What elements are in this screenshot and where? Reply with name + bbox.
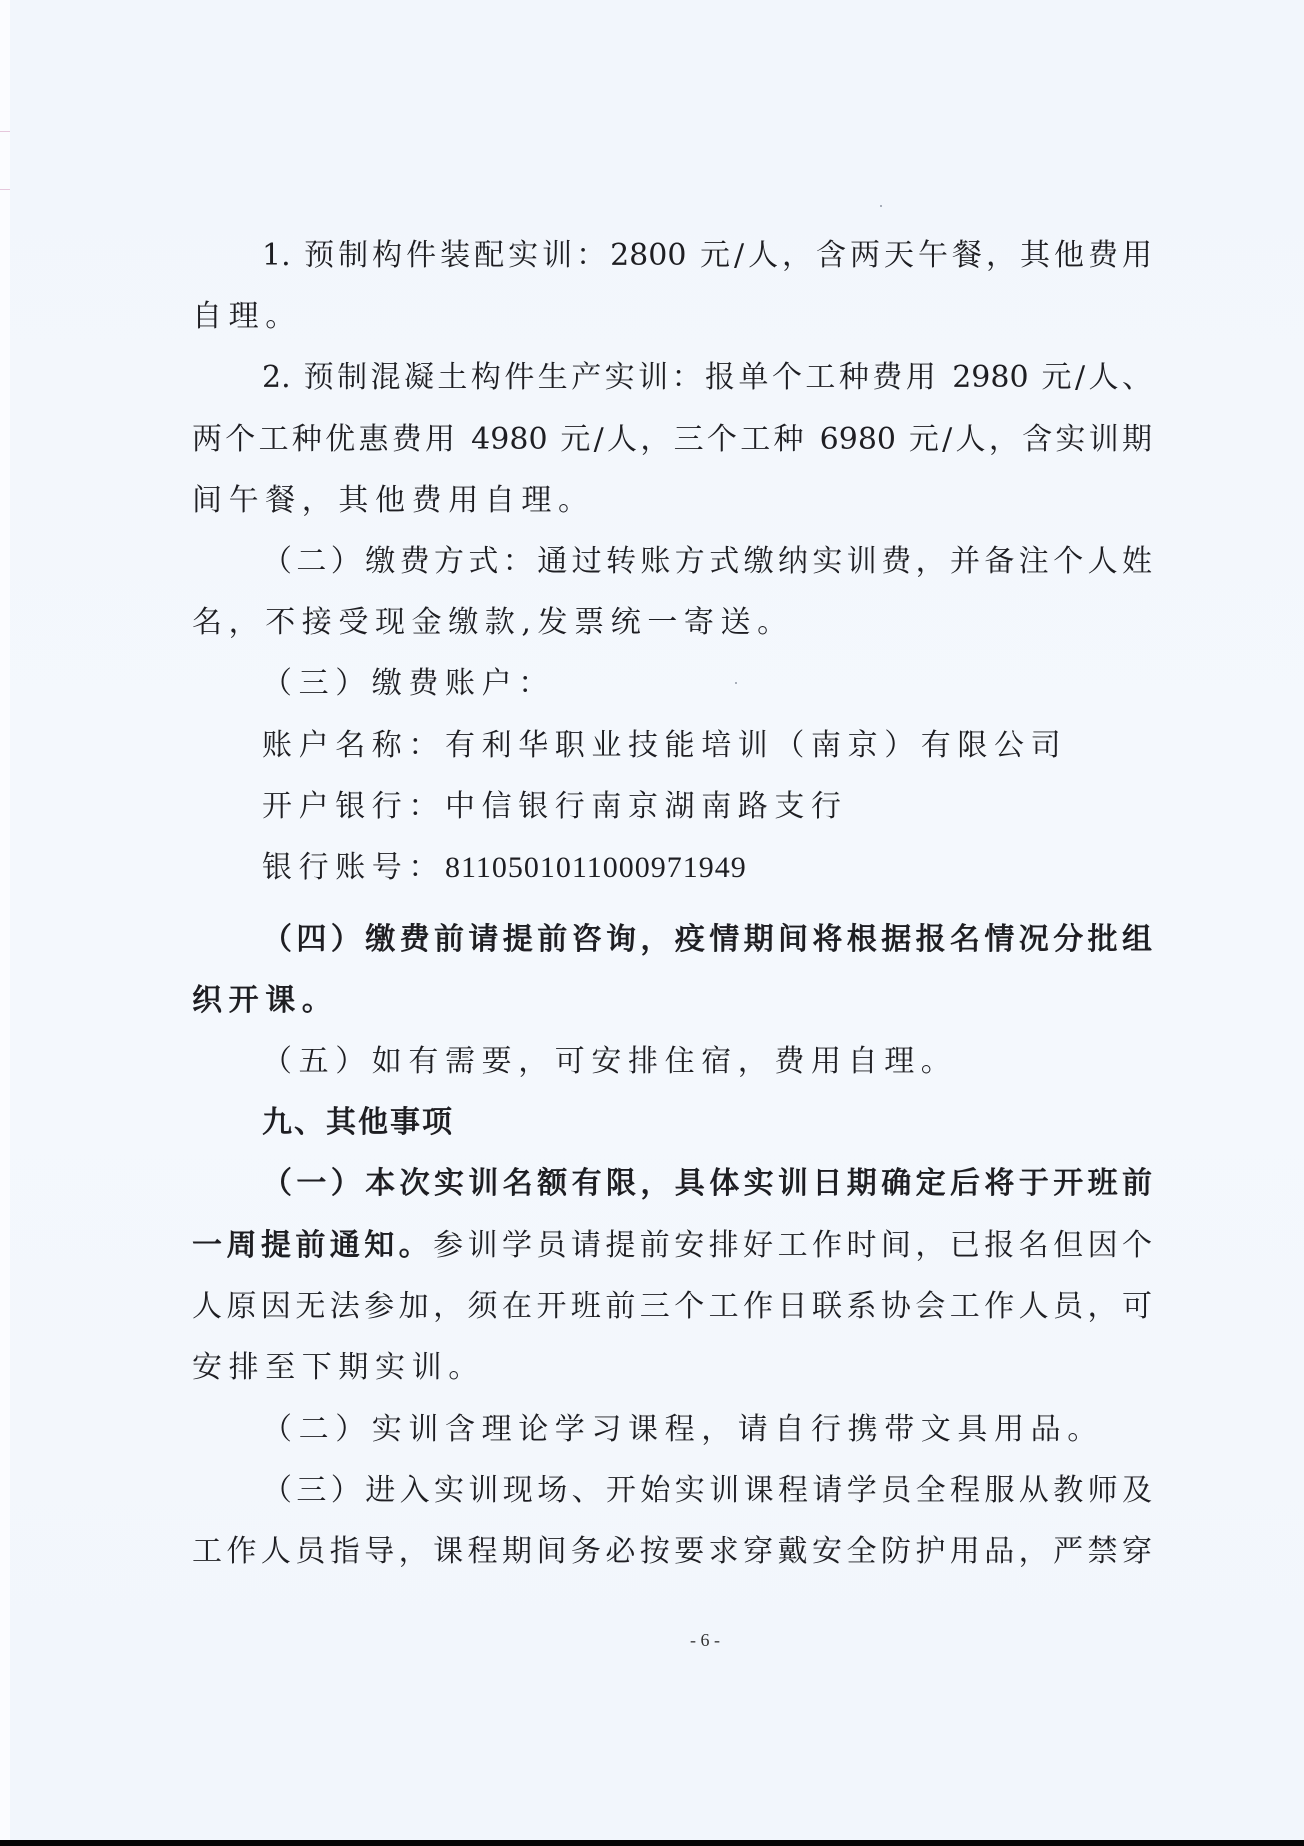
other-2-line: （二）实训含理论学习课程，请自行携带文具用品。: [262, 1410, 1152, 1450]
fee-item-1-line-1: 1. 预制构件装配实训：2800 元/人，含两天午餐，其他费用: [262, 236, 1152, 276]
scan-speck: [880, 205, 882, 207]
page-number: - 6 -: [640, 1630, 770, 1651]
document-page: 1. 预制构件装配实训：2800 元/人，含两天午餐，其他费用 自理。 2. 预…: [0, 0, 1304, 1840]
payment-account-title: （三）缴费账户：: [262, 664, 1152, 704]
bank-account-value: 8110501011000971949: [445, 851, 747, 884]
bank-account-row: 银行账号：8110501011000971949: [262, 848, 1152, 888]
other-3-line-1: （三）进入实训现场、开始实训课程请学员全程服从教师及: [262, 1471, 1152, 1511]
other-1-bold-tail: 一周提前通知。: [192, 1228, 433, 1263]
section-9-heading: 九、其他事项: [262, 1103, 1152, 1143]
other-3-line-2: 工作人员指导，课程期间务必按要求穿戴安全防护用品，严禁穿: [192, 1532, 1152, 1572]
other-1-line-4: 安排至下期实训。: [192, 1348, 1152, 1388]
payment-method-line-1: （二）缴费方式：通过转账方式缴纳实训费，并备注个人姓: [262, 542, 1152, 582]
other-1-normal-part: 参训学员请提前安排好工作时间，已报名但因个: [433, 1228, 1152, 1263]
fee-item-1-line-2: 自理。: [192, 297, 1152, 337]
scan-bottom-edge: [0, 1840, 1304, 1846]
other-1-line-3: 人原因无法参加，须在开班前三个工作日联系协会工作人员，可: [192, 1287, 1152, 1327]
fee-item-2-line-2: 两个工种优惠费用 4980 元/人，三个工种 6980 元/人，含实训期: [192, 420, 1152, 460]
fee-item-2-line-1: 2. 预制混凝土构件生产实训：报单个工种费用 2980 元/人、: [262, 358, 1152, 398]
scan-left-margin: [0, 0, 10, 1840]
account-name-row: 账户名称：有利华职业技能培训（南京）有限公司: [262, 726, 1152, 766]
scan-edge-mark: [0, 131, 10, 132]
accommodation-line: （五）如有需要，可安排住宿，费用自理。: [262, 1042, 1152, 1082]
bank-name-label: 开户银行：: [262, 789, 445, 824]
other-1-line-1: （一）本次实训名额有限，具体实训日期确定后将于开班前: [262, 1164, 1152, 1204]
payment-method-line-2: 名，不接受现金缴款,发票统一寄送。: [192, 603, 1152, 643]
consult-notice-line-2: 织开课。: [192, 981, 1152, 1021]
fee-item-2-line-3: 间午餐，其他费用自理。: [192, 481, 1152, 521]
account-name-label: 账户名称：: [262, 728, 445, 763]
account-name-value: 有利华职业技能培训（南京）有限公司: [445, 728, 1067, 763]
bank-name-row: 开户银行：中信银行南京湖南路支行: [262, 787, 1152, 827]
consult-notice-line-1: （四）缴费前请提前咨询，疫情期间将根据报名情况分批组: [262, 920, 1152, 960]
other-1-line-2: 一周提前通知。参训学员请提前安排好工作时间，已报名但因个: [192, 1226, 1152, 1266]
scan-edge-mark: [0, 189, 10, 190]
bank-name-value: 中信银行南京湖南路支行: [445, 789, 848, 824]
bank-account-label: 银行账号：: [262, 850, 445, 885]
